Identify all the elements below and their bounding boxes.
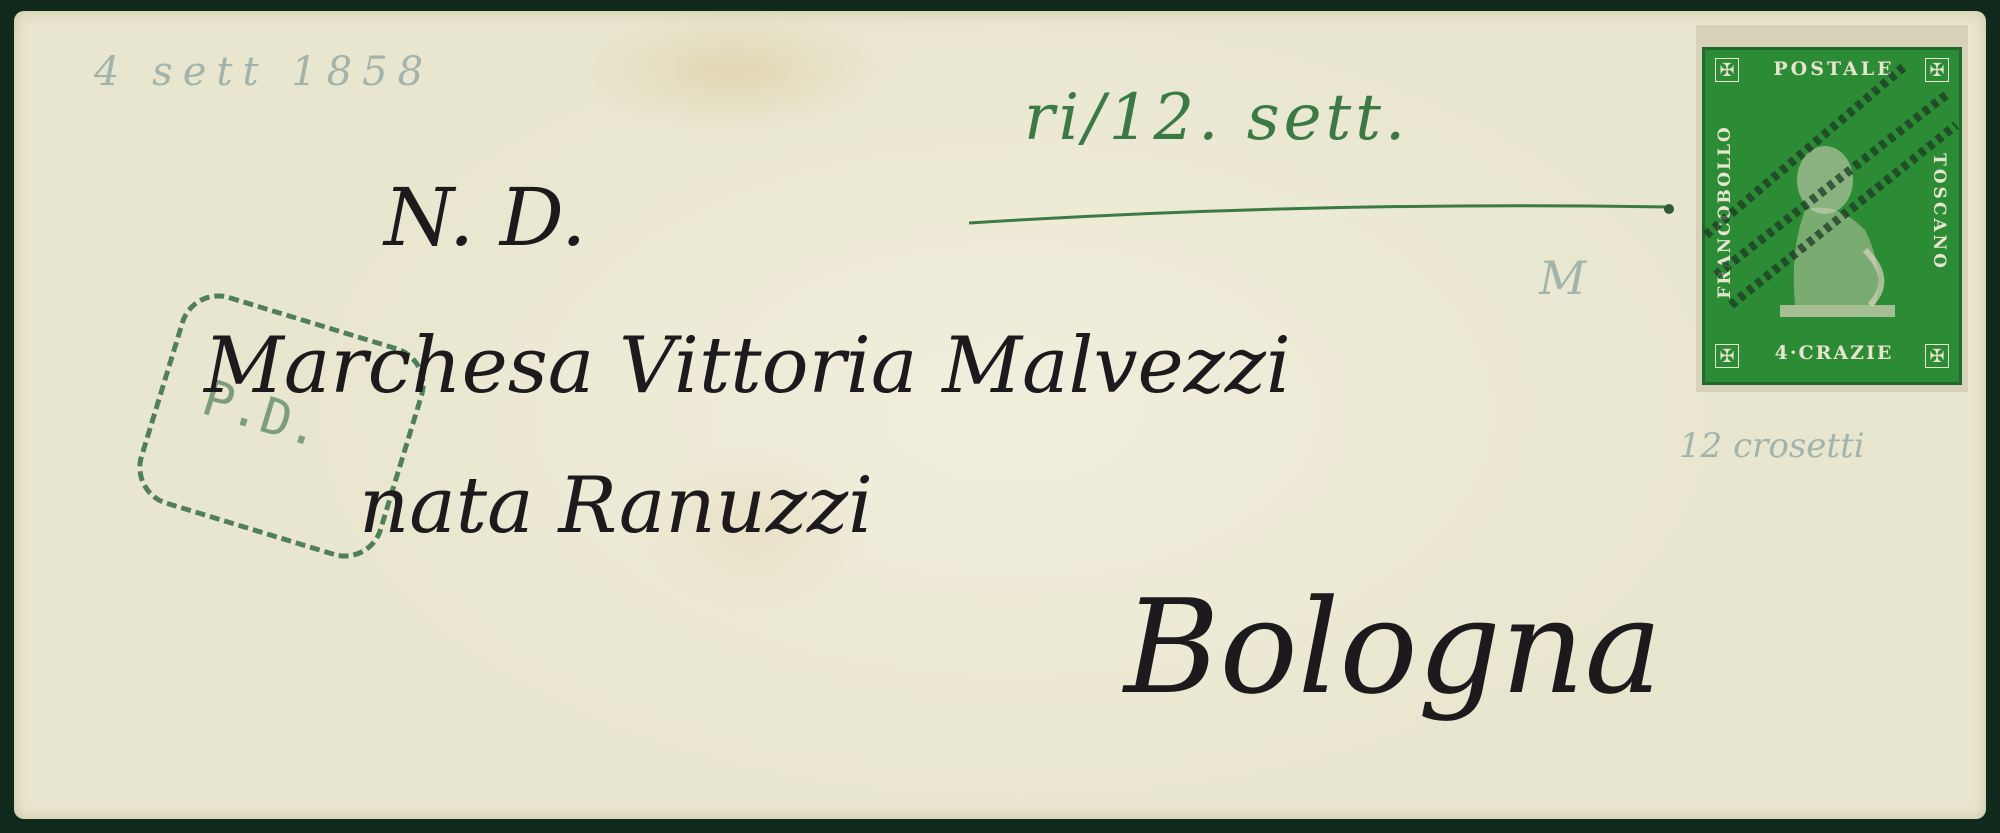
address-line-3: nata Ranuzzi [359, 461, 873, 551]
address-line-2: Marchesa Vittoria Malvezzi [204, 321, 1291, 411]
pencil-note: 12 crosetti [1679, 431, 1865, 461]
grid-cancellation-marks [1696, 25, 1968, 392]
address-city: Bologna [1124, 571, 1662, 723]
pencil-date-annotation: 4 sett 1858 [94, 49, 433, 95]
postage-stamp: ✠ ✠ ✠ ✠ POSTALE FRANCOBOLLO TOSCANO 4·CR… [1696, 25, 1968, 392]
rate-underline [969, 201, 1679, 231]
envelope: 4 sett 1858 M 12 crosetti ri/12. sett. P… [14, 11, 1986, 819]
rate-note: ri/12. sett. [1024, 81, 1409, 155]
pencil-mark: M [1539, 251, 1586, 305]
address-line-1: N. D. [384, 171, 586, 264]
